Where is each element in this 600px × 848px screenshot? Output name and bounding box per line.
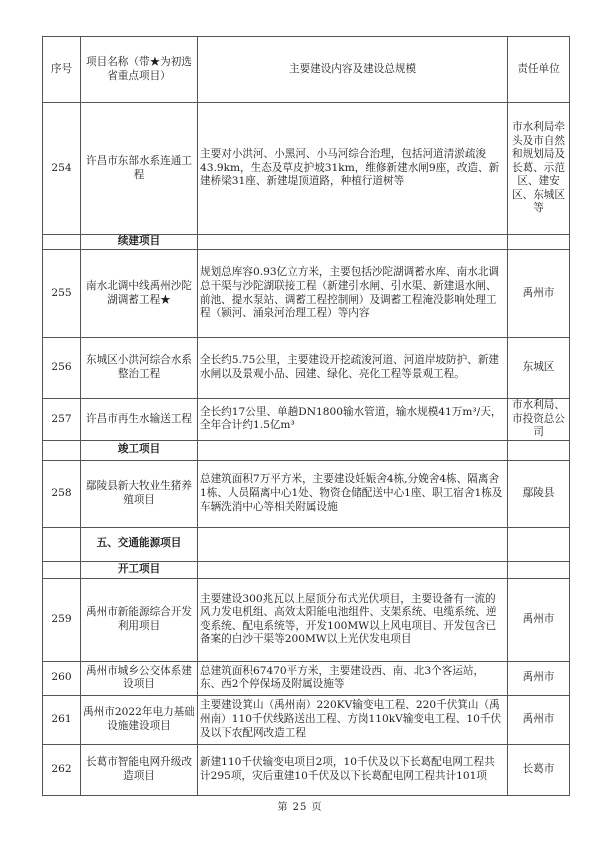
table-row: 259禹州市新能源综合开发利用项目主要建设300兆瓦以上屋顶分布式光伏项目，主要… [43,578,570,661]
cell-seq: 255 [43,250,81,338]
cell-name: 许昌市再生水输送工程 [81,399,198,441]
cell-seq [43,440,81,460]
header-seq: 序号 [43,37,81,103]
cell-content: 主要对小洪河、小黑河、小马河综合治理，包括河道清淤疏浚43.9km，生态及草皮护… [198,103,508,235]
cell-name: 禹州市2022年电力基础设施建设项目 [81,695,198,744]
table-row: 258鄢陵县新大牧业生猪养殖项目总建筑面积7万平方米，主要建设妊娠舍4栋,分娩舍… [43,460,570,527]
cell-name: 续建项目 [81,235,198,250]
cell-unit: 市水利局牵头及市自然和规划局及长葛、示范区、建安区、东城区等 [508,103,570,235]
cell-seq [43,561,81,578]
cell-content: 规划总库容0.93亿立方米，主要包括沙陀湖调蓄水库、南水北调总干渠与沙陀湖联接工… [198,250,508,338]
cell-seq [43,235,81,250]
cell-name: 开工项目 [81,561,198,578]
cell-content: 主要建设箕山（禹州南）220KV输变电工程、220千伏箕山（禹州南）110千伏线… [198,695,508,744]
section-row: 开工项目 [43,561,570,578]
cell-content [198,561,508,578]
cell-unit: 禹州市 [508,250,570,338]
cell-name: 五、交通能源项目 [81,527,198,561]
cell-name: 禹州市新能源综合开发利用项目 [81,578,198,661]
cell-unit [508,440,570,460]
cell-name: 鄢陵县新大牧业生猪养殖项目 [81,460,198,527]
cell-name: 东城区小洪河综合水系整治工程 [81,338,198,399]
cell-seq: 254 [43,103,81,235]
cell-content [198,440,508,460]
cell-content [198,235,508,250]
cell-unit: 市水利局、市投资总公司 [508,399,570,441]
cell-name: 长葛市智能电网升级改造项目 [81,744,198,795]
cell-unit [508,235,570,250]
cell-seq: 256 [43,338,81,399]
cell-name: 许昌市东部水系连通工程 [81,103,198,235]
table-row: 260禹州市城乡公交体系建设项目总建筑面积67470平方米，主要建设西、南、北3… [43,661,570,695]
cell-seq: 261 [43,695,81,744]
header-content: 主要建设内容及建设总规模 [198,37,508,103]
cell-seq: 257 [43,399,81,441]
cell-content: 主要建设300兆瓦以上屋顶分布式光伏项目，主要设备有一流的风力发电机组、高效太阳… [198,578,508,661]
table-row: 254许昌市东部水系连通工程主要对小洪河、小黑河、小马河综合治理，包括河道清淤疏… [43,103,570,235]
header-unit: 责任单位 [508,37,570,103]
cell-content: 全长约5.75公里，主要建设开挖疏浚河道、河道岸坡防护、新建水闸以及景观小品、园… [198,338,508,399]
cell-unit: 禹州市 [508,695,570,744]
cell-seq: 258 [43,460,81,527]
cell-unit: 长葛市 [508,744,570,795]
cell-content: 总建筑面积67470平方米，主要建设西、南、北3个客运站，东、西2个停保场及附属… [198,661,508,695]
cell-name: 竣工项目 [81,440,198,460]
cell-unit: 鄢陵县 [508,460,570,527]
table-header-row: 序号 项目名称（带★为初选省重点项目） 主要建设内容及建设总规模 责任单位 [43,37,570,103]
cell-seq [43,527,81,561]
table-row: 256东城区小洪河综合水系整治工程全长约5.75公里，主要建设开挖疏浚河道、河道… [43,338,570,399]
cell-content: 新建110千伏输变电项目2项，10千伏及以下长葛配电网工程共计295项，灾后重建… [198,744,508,795]
cell-name: 南水北调中线禹州沙陀湖调蓄工程★ [81,250,198,338]
cell-seq: 259 [43,578,81,661]
table-row: 261禹州市2022年电力基础设施建设项目主要建设箕山（禹州南）220KV输变电… [43,695,570,744]
section-row: 五、交通能源项目 [43,527,570,561]
cell-unit [508,561,570,578]
header-name: 项目名称（带★为初选省重点项目） [81,37,198,103]
cell-unit: 禹州市 [508,661,570,695]
section-row: 竣工项目 [43,440,570,460]
cell-unit: 禹州市 [508,578,570,661]
table-row: 262长葛市智能电网升级改造项目新建110千伏输变电项目2项，10千伏及以下长葛… [43,744,570,795]
table-row: 257许昌市再生水输送工程全长约17公里、单趟DN1800输水管道，输水规模41… [43,399,570,441]
project-table: 序号 项目名称（带★为初选省重点项目） 主要建设内容及建设总规模 责任单位 25… [42,36,570,796]
cell-content: 总建筑面积7万平方米，主要建设妊娠舍4栋,分娩舍4栋、隔离舍1栋、人员隔离中心1… [198,460,508,527]
section-row: 续建项目 [43,235,570,250]
cell-name: 禹州市城乡公交体系建设项目 [81,661,198,695]
cell-unit: 东城区 [508,338,570,399]
cell-content: 全长约17公里、单趟DN1800输水管道，输水规模41万m³/天，全年合计约1.… [198,399,508,441]
cell-unit [508,527,570,561]
cell-seq: 262 [43,744,81,795]
cell-seq: 260 [43,661,81,695]
table-row: 255南水北调中线禹州沙陀湖调蓄工程★规划总库容0.93亿立方米，主要包括沙陀湖… [43,250,570,338]
page-number: 第 25 页 [0,798,600,813]
cell-content [198,527,508,561]
